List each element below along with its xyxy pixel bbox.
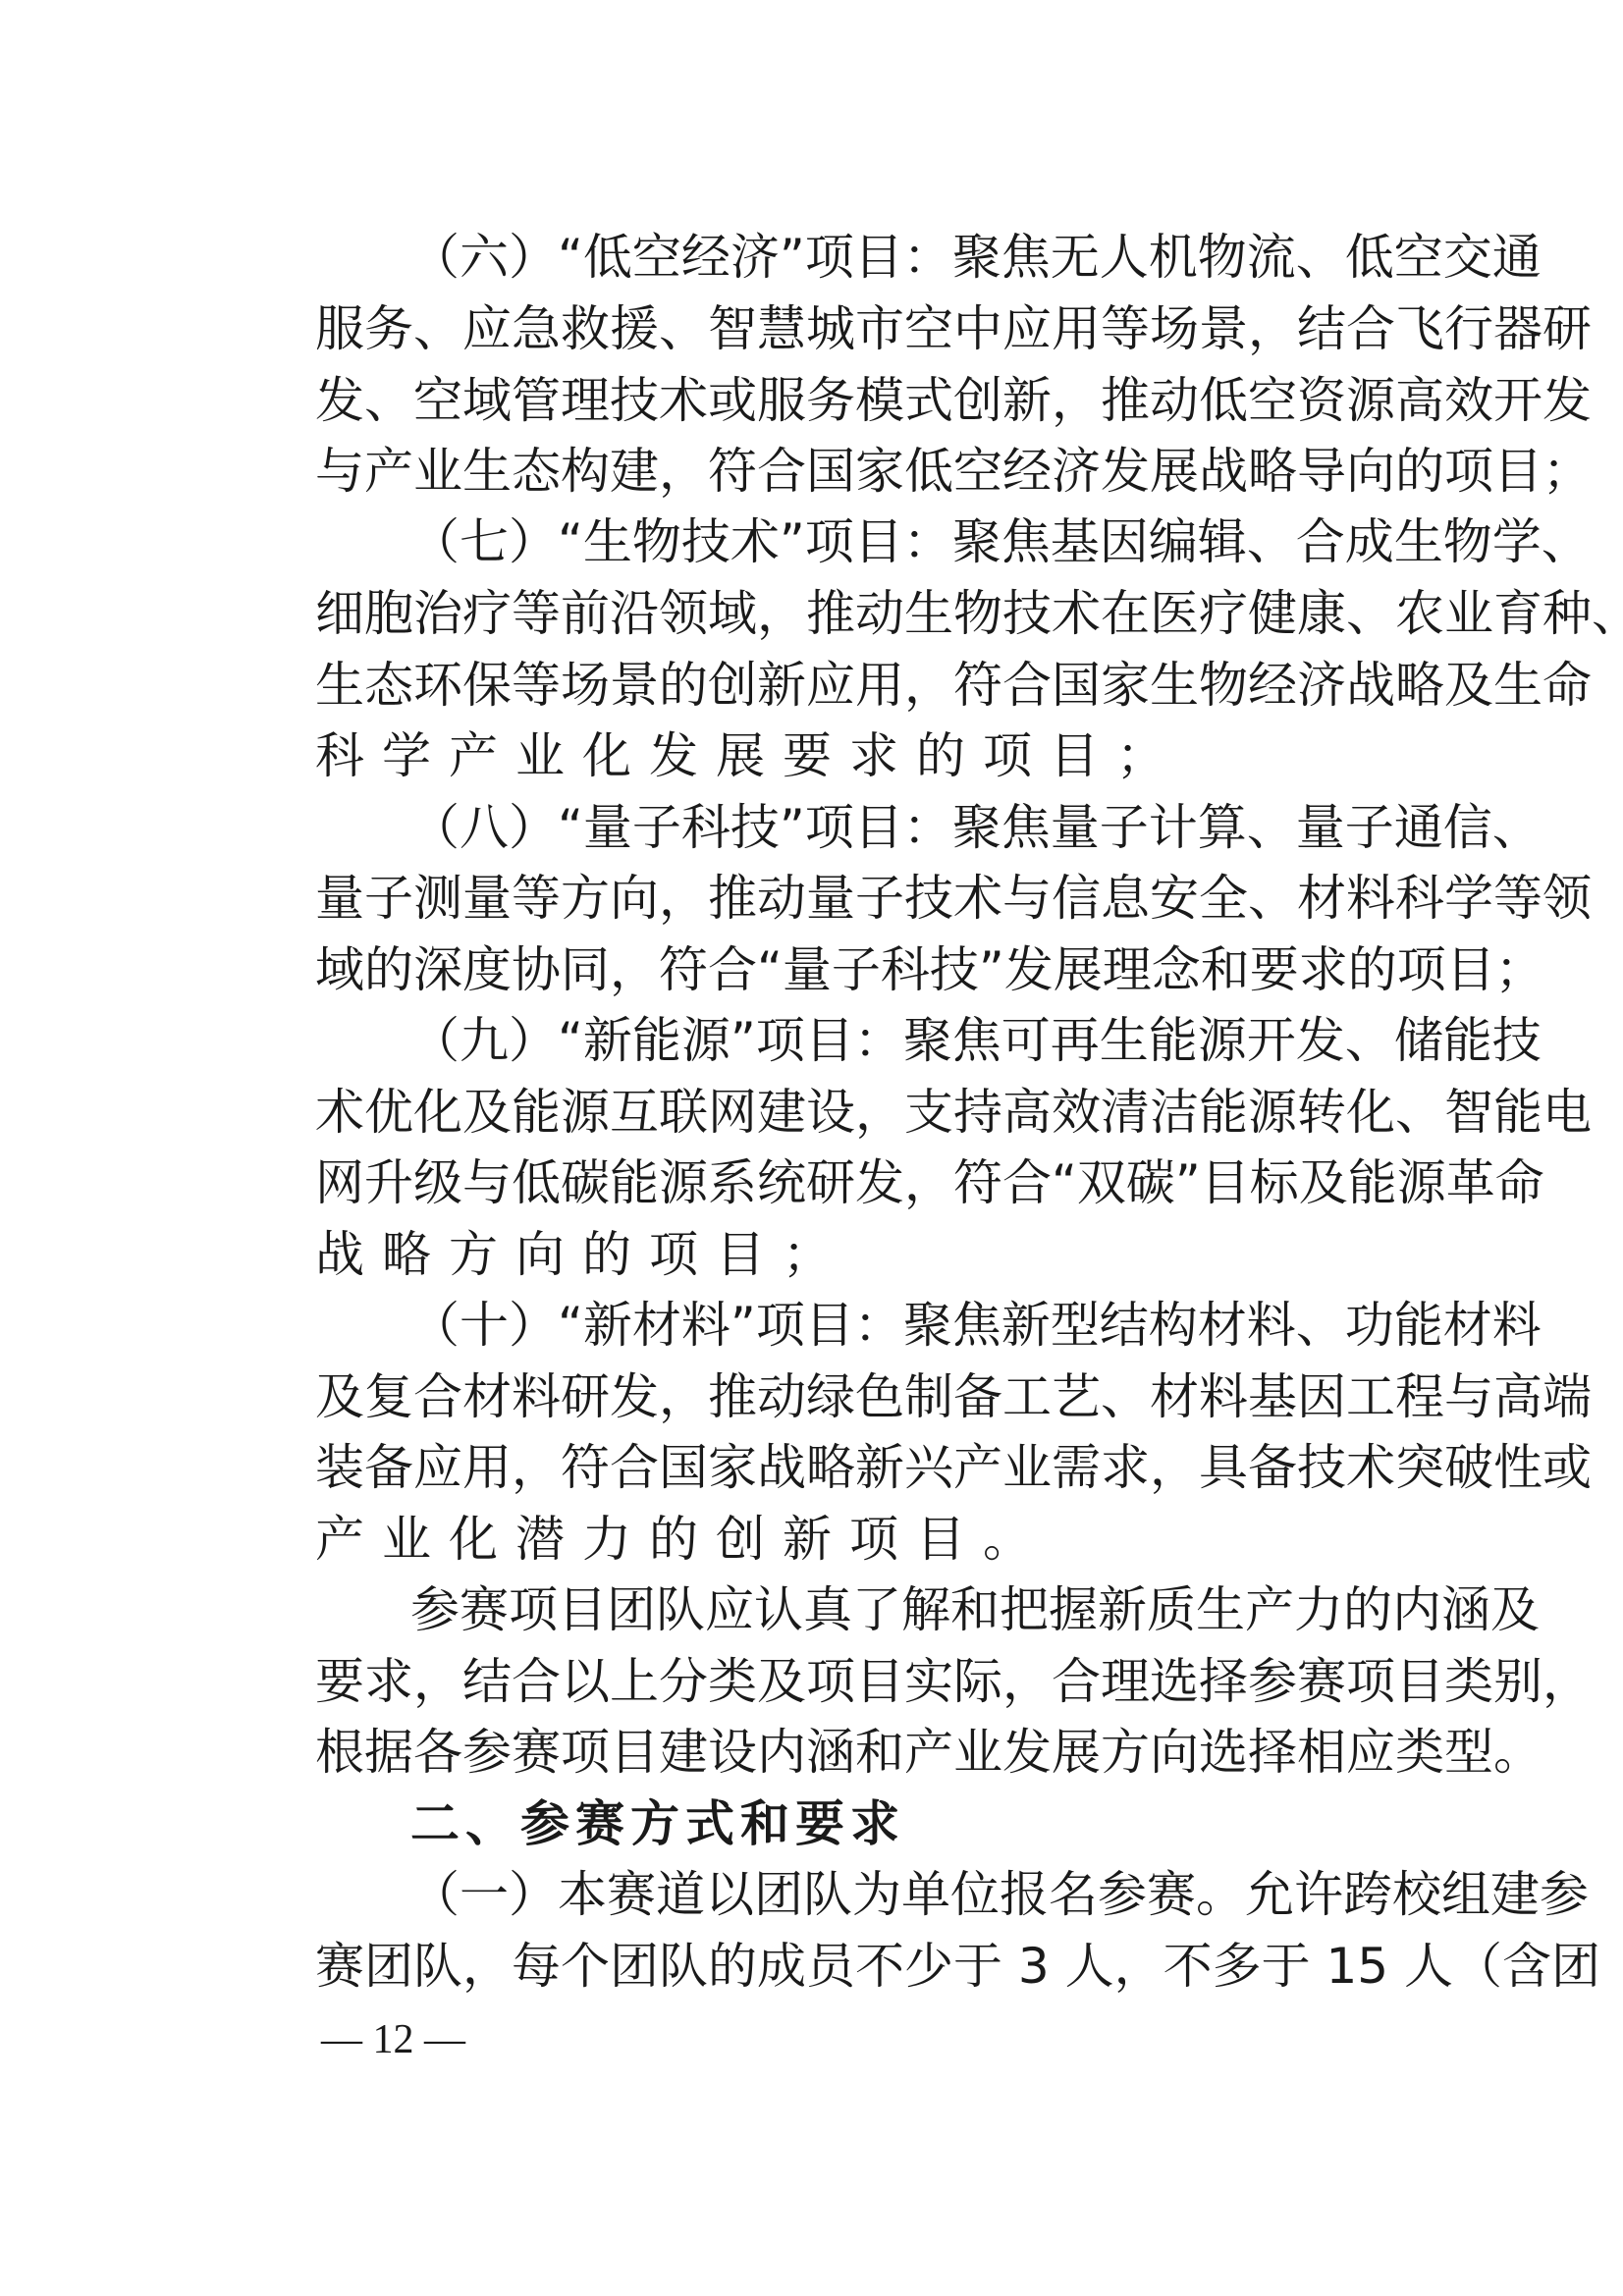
- summary-line-2: 要求，结合以上分类及项目实际，合理选择参赛项目类别，: [315, 1646, 1415, 1717]
- item-9-line-1: （九）“新能源”项目：聚焦可再生能源开发、储能技: [410, 1005, 1415, 1076]
- item-10-line-2: 及复合材料研发，推动绿色制备工艺、材料基因工程与高端: [315, 1362, 1415, 1432]
- section-paragraph-line-1: （一）本赛道以团队为单位报名参赛。允许跨校组建参: [410, 1859, 1415, 1930]
- item-8-line-1: （八）“量子科技”项目：聚焦量子计算、量子通信、: [410, 792, 1415, 863]
- item-6-line-3: 发、空域管理技术或服务模式创新，推动低空资源高效开发: [315, 365, 1415, 436]
- page-number: — 12 —: [321, 2010, 465, 2069]
- summary-line-3: 根据各参赛项目建设内涵和产业发展方向选择相应类型。: [315, 1717, 1415, 1788]
- summary-line-1: 参赛项目团队应认真了解和把握新质生产力的内涵及: [410, 1575, 1415, 1645]
- item-6-line-4: 与产业生态构建，符合国家低空经济发展战略导向的项目；: [315, 436, 1415, 507]
- item-9-line-3: 网升级与低碳能源系统研发，符合“双碳”目标及能源革命: [315, 1148, 1415, 1218]
- section-heading: 二、参赛方式和要求: [410, 1789, 1415, 1859]
- item-6-line-1: （六）“低空经济”项目：聚焦无人机物流、低空交通: [410, 222, 1415, 293]
- item-7-line-4: 科学产业化发展要求的项目；: [315, 721, 1415, 791]
- item-8-line-3: 域的深度协同，符合“量子科技”发展理念和要求的项目；: [315, 934, 1415, 1005]
- item-9-line-2: 术优化及能源互联网建设，支持高效清洁能源转化、智能电: [315, 1077, 1415, 1148]
- section-paragraph-line-2: 赛团队，每个团队的成员不少于 3 人，不多于 15 人（含团: [315, 1931, 1415, 2002]
- item-7-line-3: 生态环保等场景的创新应用，符合国家生物经济战略及生命: [315, 650, 1415, 721]
- item-9-line-4: 战略方向的项目；: [315, 1219, 1415, 1290]
- item-7-line-2: 细胞治疗等前沿领域，推动生物技术在医疗健康、农业育种、: [315, 578, 1415, 649]
- item-8-line-2: 量子测量等方向，推动量子技术与信息安全、材料科学等领: [315, 863, 1415, 934]
- item-10-line-4: 产业化潜力的创新项目。: [315, 1504, 1415, 1575]
- item-7-line-1: （七）“生物技术”项目：聚焦基因编辑、合成生物学、: [410, 507, 1415, 577]
- item-10-line-1: （十）“新材料”项目：聚焦新型结构材料、功能材料: [410, 1290, 1415, 1361]
- item-10-line-3: 装备应用，符合国家战略新兴产业需求，具备技术突破性或: [315, 1432, 1415, 1503]
- item-6-line-2: 服务、应急救援、智慧城市空中应用等场景，结合飞行器研: [315, 294, 1415, 364]
